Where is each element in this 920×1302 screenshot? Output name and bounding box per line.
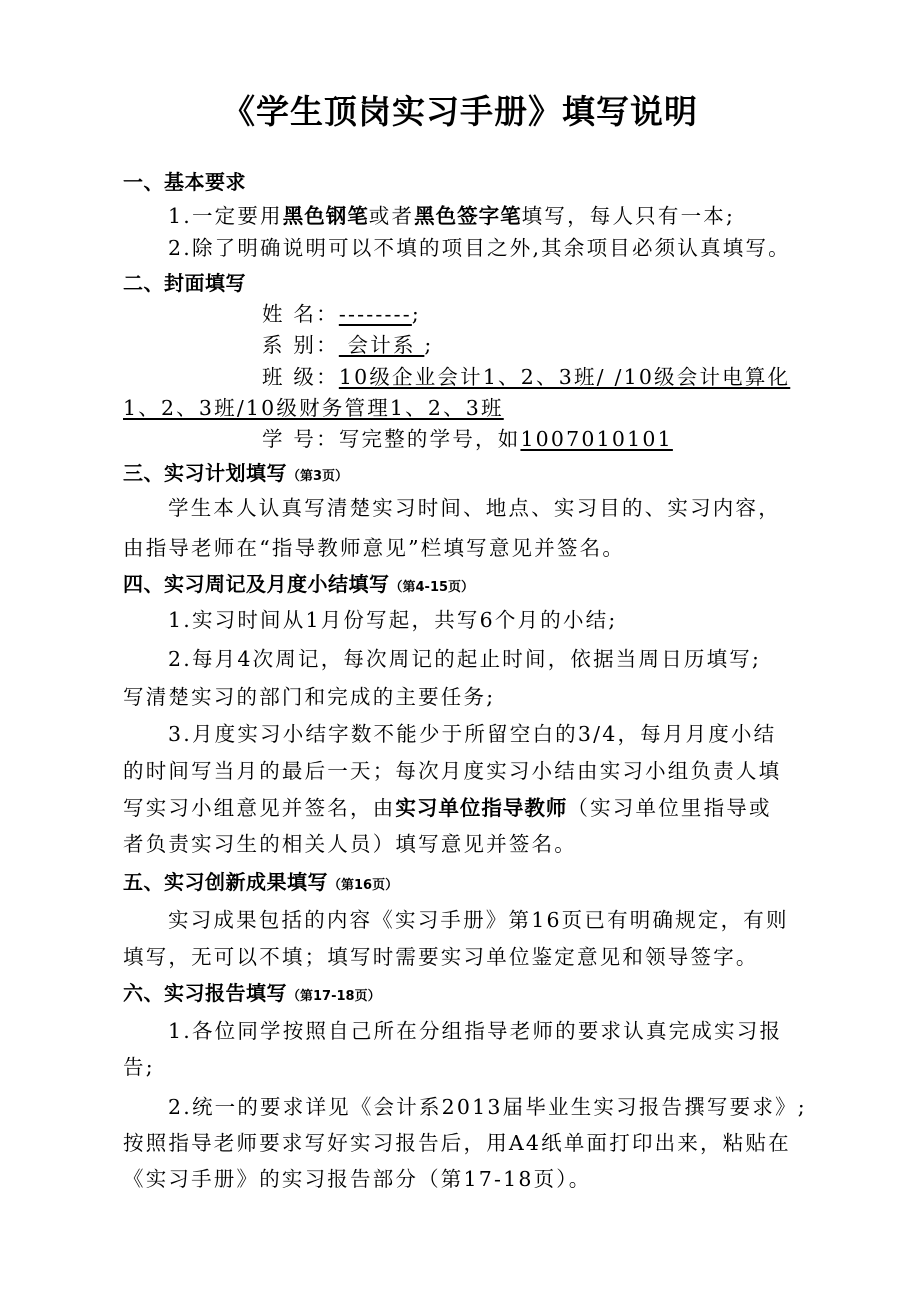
heading-text: 三、实习计划填写 (123, 461, 287, 485)
field-department: 系 别： 会计系 ; (262, 328, 433, 358)
paragraph-line: 《实习手册》的实习报告部分（第17-18页）。 (123, 1162, 591, 1192)
field-label: 班 级： (262, 365, 339, 389)
paragraph-line: 3.月度实习小结字数不能少于所留空白的3/4，每月月度小结 (168, 717, 776, 747)
field-student-id: 学 号：写完整的学号，如1007010101 (262, 422, 673, 452)
section-heading-4: 四、实习周记及月度小结填写（第4-15页） (123, 568, 474, 597)
paragraph-line: 填写，无可以不填；填写时需要实习单位鉴定意见和领导签字。 (123, 940, 759, 970)
field-value: 1、2、3班/10级财务管理1、2、3班 (123, 396, 504, 420)
text: ; (424, 333, 433, 357)
bold-text: 实习单位指导教师 (395, 796, 567, 820)
document-page: 《学生顶岗实习手册》填写说明 一、基本要求 1.一定要用黑色钢笔或者黑色签字笔填… (0, 0, 920, 1302)
document-title: 《学生顶岗实习手册》填写说明 (0, 86, 920, 133)
page-ref: （第4-15页） (390, 580, 475, 595)
section-heading-3: 三、实习计划填写（第3页） (123, 457, 348, 486)
field-label: 姓 名： (262, 302, 339, 326)
text: 写实习小组意见并签名，由 (123, 796, 395, 820)
field-value: 1007010101 (520, 427, 672, 451)
field-label: 系 别： (262, 333, 339, 357)
text: ; (412, 302, 421, 326)
bold-text: 黑色钢笔 (283, 204, 369, 228)
page-ref: （第17-18页） (287, 989, 381, 1004)
bold-text: 黑色签字笔 (414, 204, 522, 228)
heading-text: 四、实习周记及月度小结填写 (123, 572, 390, 596)
text: （实习单位里指导或 (567, 796, 771, 820)
paragraph-line: 写实习小组意见并签名，由实习单位指导教师（实习单位里指导或 (123, 791, 772, 821)
field-label: 学 号： (262, 427, 339, 451)
paragraph-line: 由指导老师在“指导教师意见”栏填写意见并签名。 (123, 531, 625, 561)
section-heading-5: 五、实习创新成果填写（第16页） (123, 866, 398, 895)
heading-text: 五、实习创新成果填写 (123, 870, 328, 894)
paragraph-line: 按照指导老师要求写好实习报告后，用A4纸单面打印出来，粘贴在 (123, 1126, 791, 1156)
field-class: 班 级：10级企业会计1、2、3班/ /10级会计电算化 (262, 360, 790, 390)
paragraph-line: 学生本人认真写清楚实习时间、地点、实习目的、实习内容， (168, 491, 781, 521)
requirement-item-1: 1.一定要用黑色钢笔或者黑色签字笔填写，每人只有一本; (168, 199, 735, 229)
paragraph-line: 1.各位同学按照自己所在分组指导老师的要求认真完成实习报 (168, 1014, 782, 1044)
text: 1.一定要用 (168, 204, 283, 228)
section-heading-6: 六、实习报告填写（第17-18页） (123, 977, 381, 1006)
paragraph-line: 写清楚实习的部门和完成的主要任务; (123, 680, 495, 710)
page-ref: （第16页） (328, 878, 398, 893)
paragraph-line: 实习成果包括的内容《实习手册》第16页已有明确规定，有则 (168, 903, 789, 933)
text: 填写，每人只有一本; (522, 204, 735, 228)
paragraph-line: 2.每月4次周记，每次周记的起止时间，依据当周日历填写; (168, 642, 761, 672)
paragraph-line: 1.实习时间从1月份写起，共写6个月的小结; (168, 603, 617, 633)
text: 或者 (369, 204, 414, 228)
field-value: 10级企业会计1、2、3班/ /10级会计电算化 (339, 365, 790, 389)
field-class-cont: 1、2、3班/10级财务管理1、2、3班 (123, 391, 504, 421)
field-name: 姓 名：--------; (262, 297, 421, 327)
paragraph-line: 告; (123, 1050, 155, 1080)
page-ref: （第3页） (287, 469, 348, 484)
section-heading-1: 一、基本要求 (123, 166, 246, 195)
requirement-item-2: 2.除了明确说明可以不填的项目之外,其余项目必须认真填写。 (168, 231, 791, 261)
field-value: 会计系 (339, 333, 425, 357)
section-heading-2: 二、封面填写 (123, 267, 246, 296)
paragraph-line: 的时间写当月的最后一天；每次月度实习小结由实习小组负责人填 (123, 754, 781, 784)
text: 写完整的学号，如 (339, 427, 521, 451)
heading-text: 六、实习报告填写 (123, 981, 287, 1005)
field-value: -------- (339, 302, 412, 326)
paragraph-line: 2.统一的要求详见《会计系2013届毕业生实习报告撰写要求》; (168, 1090, 807, 1120)
paragraph-line: 者负责实习生的相关人员）填写意见并签名。 (123, 827, 577, 857)
